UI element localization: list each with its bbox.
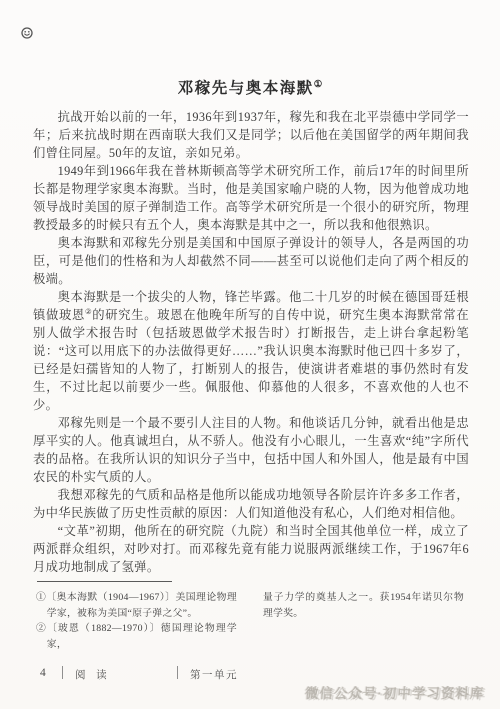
footer-section-label: 阅 读	[75, 667, 111, 682]
watermark-text: 微信公众号·初中学习资料库	[304, 682, 485, 702]
page-title: 邓稼先与奥本海默①	[0, 76, 500, 98]
body-paragraph: 邓稼先则是一个最不要引人注目的人物。和他谈话几分钟，就看出他是忠厚平实的人。他真…	[33, 414, 469, 486]
footer-divider	[177, 666, 178, 679]
body-paragraph: 我想邓稼先的气质和品格是他所以能成功地领导各阶层许许多多工作者，为中华民族做了历…	[33, 486, 469, 522]
body-paragraph: 奥本海默是一个拔尖的人物，锋芒毕露。他二十几岁的时候在德国哥廷根镇做玻恩②的研究…	[33, 288, 469, 414]
footer-divider	[62, 666, 63, 679]
footnotes: ①〔奥本海默（1904—1967）〕美国理论物理学家，被称为美国“原子弹之父”。…	[36, 590, 464, 652]
footnote-item: ②〔玻恩（1882—1970）〕德国理论物理学家，	[36, 621, 237, 652]
body-paragraph: 1949年到1966年我在普林斯顿高等学术研究所工作，前后17年的时间里所长都是…	[33, 162, 469, 234]
smiley-face-icon	[21, 26, 33, 38]
page-number: 4	[40, 667, 46, 679]
article-body: 抗战开始以前的一年，1936年到1937年，稼先和我在北平崇德中学同学一年；后来…	[33, 108, 469, 576]
footnote-column-left: ①〔奥本海默（1904—1967）〕美国理论物理学家，被称为美国“原子弹之父”。…	[36, 590, 237, 652]
footer-unit-label: 第一单元	[190, 667, 238, 682]
footnote-column-right: 量子力学的奠基人之一。获1954年诺贝尔物理学奖。	[263, 590, 464, 652]
footnote-item: ①〔奥本海默（1904—1967）〕美国理论物理学家，被称为美国“原子弹之父”。	[36, 590, 237, 621]
footnote-separator-rule	[37, 581, 172, 582]
footnote-continuation: 量子力学的奠基人之一。获1954年诺贝尔物理学奖。	[263, 590, 464, 621]
scanned-textbook-page: 邓稼先与奥本海默① 抗战开始以前的一年，1936年到1937年，稼先和我在北平崇…	[0, 0, 500, 709]
body-paragraph: 奥本海默和邓稼先分别是美国和中国原子弹设计的领导人，各是两国的功臣，可是他们的性…	[33, 234, 469, 288]
body-paragraph: 抗战开始以前的一年，1936年到1937年，稼先和我在北平崇德中学同学一年；后来…	[33, 108, 469, 162]
body-paragraph: “文革”初期，他所在的研究院（九院）和当时全国其他单位一样，成立了两派群众组织，…	[33, 522, 469, 576]
